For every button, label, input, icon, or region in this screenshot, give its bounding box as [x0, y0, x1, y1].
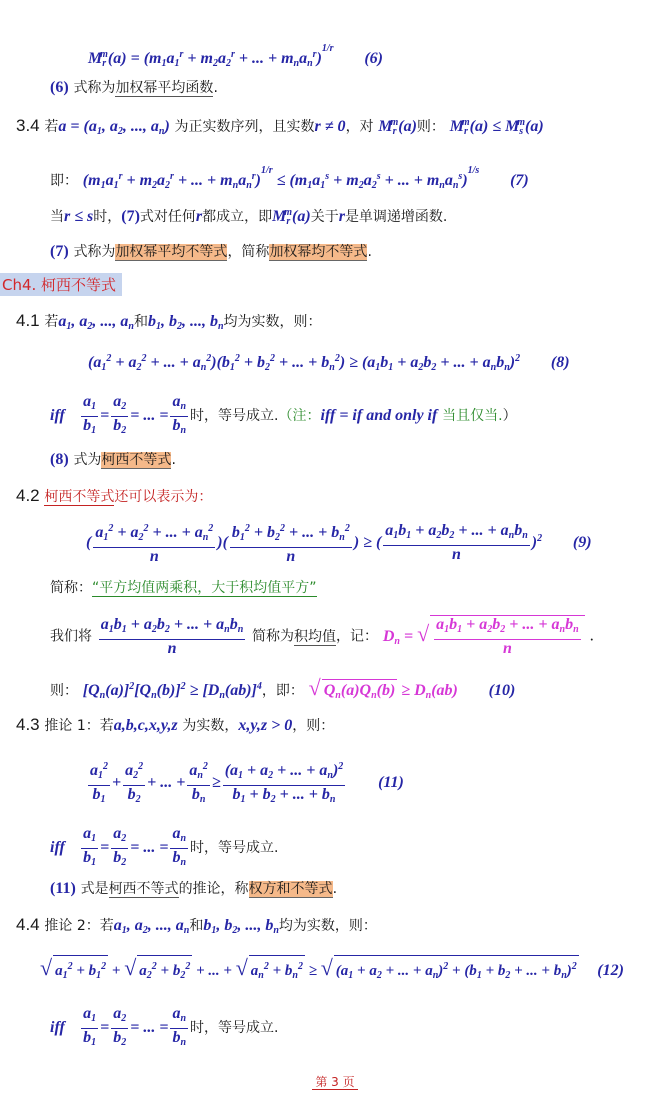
equality-condition-12: iff a1b1=a2b2= ... =anbn时，等号成立. — [50, 1005, 279, 1052]
section-4-1: 4.1 若a1, a2, ..., an和b1, b2, ..., bn均为实数… — [16, 310, 322, 338]
page-number: 第 3 页 — [312, 1075, 357, 1090]
term-weighted-power-mean-function: 加权幂平均函数 — [115, 80, 213, 97]
equation-6: Mrm(a) = (m1a1r + m2a2r + ... + mnanr)1/… — [88, 38, 383, 75]
equation-11: a12b1+a22b2+ ... +an2bn≥(a1 + a2 + ... +… — [86, 758, 404, 809]
equation-tag: (6) — [364, 50, 383, 67]
term-power-sum-inequality: 权方和不等式 — [249, 881, 333, 898]
equation-8: (a12 + a22 + ... + an2)(b12 + b22 + ... … — [88, 348, 570, 379]
product-mean-definition: 我们将 a1b1 + a2b2 + ... + anbnn 简称为积均值，记： … — [50, 615, 594, 658]
equality-condition-8: iff a1b1=a2b2= ... =anbn时，等号成立.（注：iff = … — [50, 393, 517, 440]
term-cauchy-inequality: 柯西不等式 — [101, 452, 171, 469]
section-4-3: 4.3 推论 1：若a,b,c,x,y,z 为实数，x,y,z > 0，则： — [16, 714, 334, 737]
term-short-name: 加权幂均不等式 — [269, 244, 367, 261]
eq8-caption: (8) 式为柯西不等式. — [50, 448, 176, 471]
page-footer: 第 3 页 — [0, 1073, 670, 1090]
chapter-heading: Ch4. 柯西不等式 — [0, 273, 122, 296]
term-weighted-power-mean-inequality: 加权幂平均不等式 — [115, 244, 227, 261]
equation-9: (a12 + a22 + ... + an2n)(b12 + b22 + ...… — [86, 520, 592, 566]
monotonic-statement: 当r ≤ s时，(7)式对任何r都成立，即Mrm(a)关于r是单调递增函数. — [50, 202, 447, 233]
equation-7: 即： (m1a1r + m2a2r + ... + mnanr)1/r ≤ (m… — [50, 160, 529, 197]
section-4-4: 4.4 推论 2：若a1, a2, ..., an和b1, b2, ..., b… — [16, 914, 377, 942]
equation-12: √a12 + b12 + √a22 + b22 + ... + √an2 + b… — [40, 955, 624, 987]
mnemonic: 简称：“平方均值两乘积，大于积均值平方” — [50, 576, 317, 599]
equation-10: 则： [Qn(a)]2[Qn(b)]2 ≥ [Dn(ab)]4，即： √Qn(a… — [50, 676, 515, 707]
section-4-2: 4.2 柯西不等式还可以表示为： — [16, 485, 212, 508]
eq6-caption: (6) 式称为加权幂平均函数. — [50, 76, 218, 99]
eq11-caption: (11) 式是柯西不等式的推论，称权方和不等式. — [50, 877, 337, 900]
equality-condition-11: iff a1b1=a2b2= ... =anbn时，等号成立. — [50, 825, 279, 872]
eq7-caption: (7) 式称为加权幂平均不等式，简称加权幂均不等式. — [50, 240, 372, 263]
section-3-4: 3.4 若a = (a1, a2, ..., an) 为正实数序列，且实数r ≠… — [16, 112, 544, 143]
